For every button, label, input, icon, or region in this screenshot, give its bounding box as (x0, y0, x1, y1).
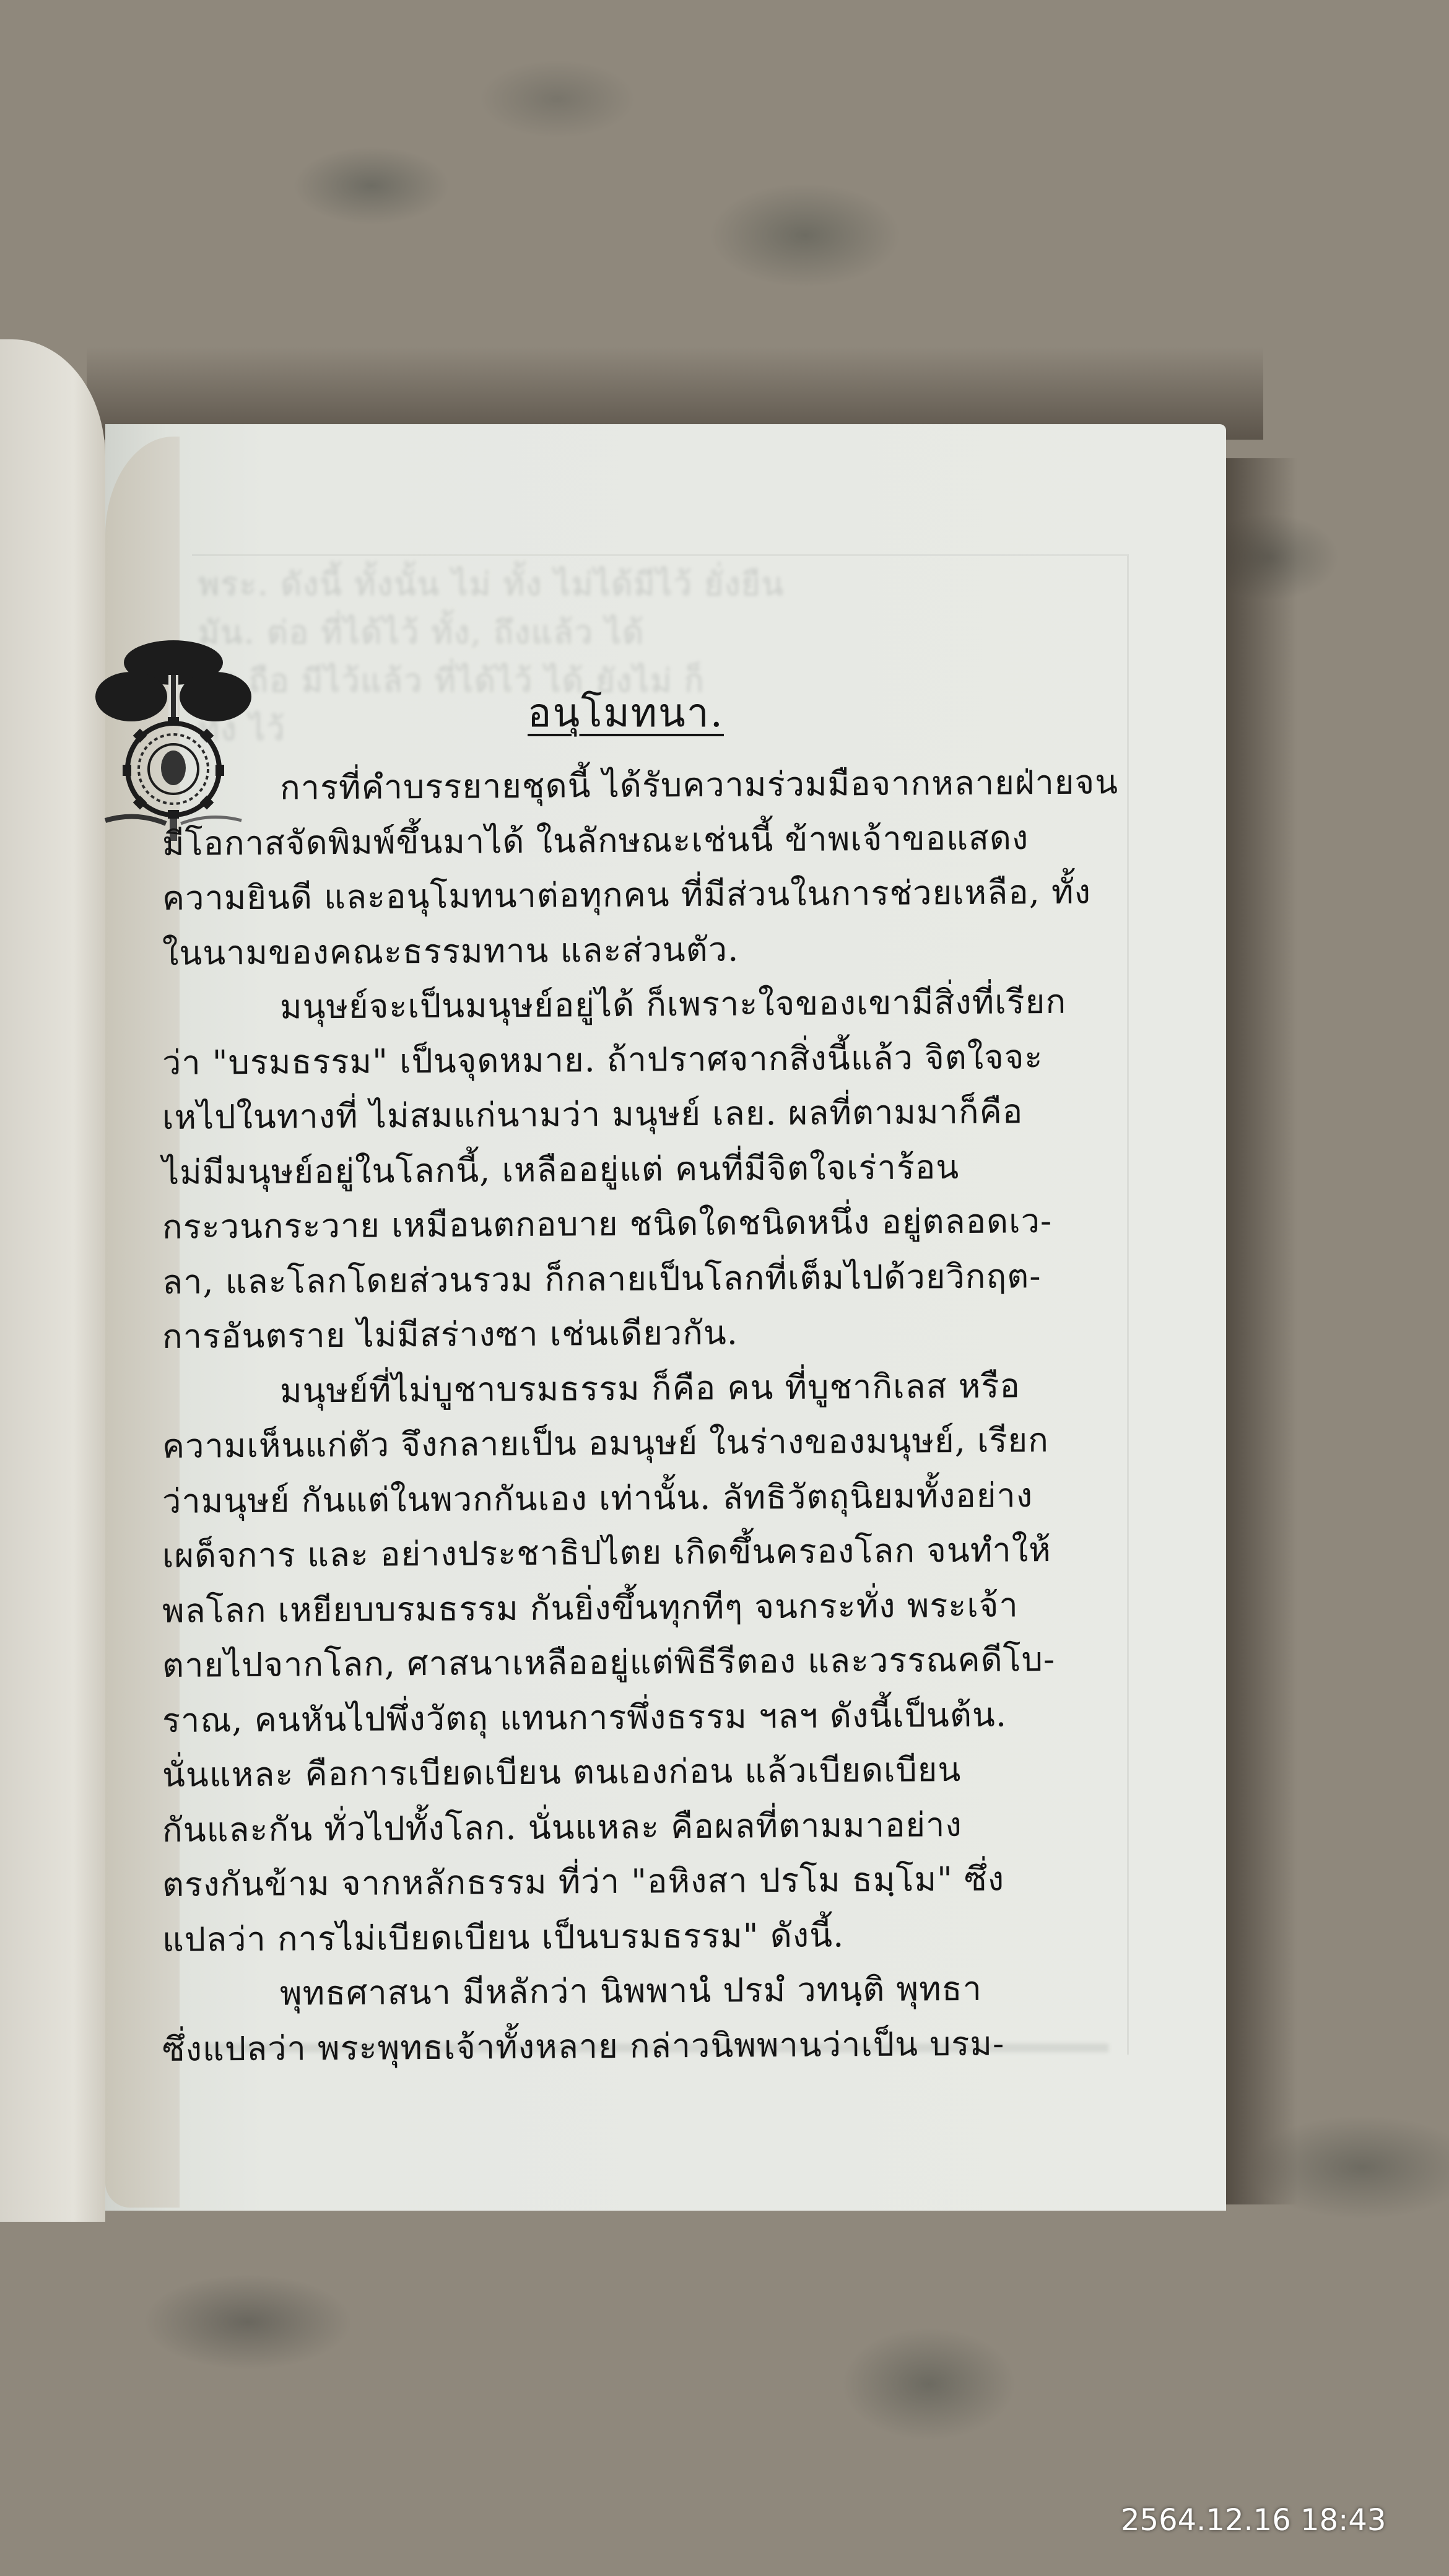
text-line: ซึ่งแปลว่า พระพุทธเจ้าทั้งหลาย กล่าวนิพพ… (162, 2015, 1166, 2077)
text-line: ตรงกันข้าม จากหลักธรรม ที่ว่า "อหิงสา ปร… (162, 1851, 1166, 1913)
text-line: เผด็จการ และ อย่างประชาธิปไตย เกิดขึ้นคร… (162, 1522, 1166, 1584)
text-line: มนุษย์ที่ไม่บูชาบรมธรรม ก็คือ คน ที่บูชา… (162, 1357, 1166, 1419)
text-line: ตายไปจากโลก, ศาสนาเหลืออยู่แต่พิธีรีตอง … (162, 1632, 1166, 1694)
photo-timestamp: 2564.12.16 18:43 (1121, 2503, 1386, 2538)
text-line: การที่คำบรรยายชุดนี้ ได้รับความร่วมมือจา… (162, 755, 1166, 817)
text-line: พลโลก เหยียบบรมธรรม กันยิ่งขึ้นทุกทีๆ จน… (162, 1577, 1166, 1638)
text-line: เหไปในทางที่ ไม่สมแก่นามว่า มนุษย์ เลย. … (162, 1084, 1166, 1146)
body-text: การที่คำบรรยายชุดนี้ ได้รับความร่วมมือจา… (162, 762, 1165, 2077)
text-line: แปลว่า การไม่เบียดเบียน เป็นบรมธรรม" ดัง… (162, 1905, 1166, 1967)
text-line: กระวนกระวาย เหมือนตกอบาย ชนิดใดชนิดหนึ่ง… (162, 1193, 1166, 1255)
text-line: ไม่มีมนุษย์อยู่ในโลกนี้, เหลืออยู่แต่ คน… (162, 1138, 1166, 1200)
text-line: มีโอกาสจัดพิมพ์ขึ้นมาได้ ในลักษณะเช่นนี้… (162, 809, 1166, 871)
text-line: ความยินดี และอนุโมทนาต่อทุกคน ที่มีส่วนใ… (162, 864, 1166, 926)
text-line: ลา, และโลกโดยส่วนรวม ก็กลายเป็นโลกที่เต็… (162, 1248, 1166, 1310)
book-shadow-right (1223, 458, 1297, 2204)
text-line: ว่า "บรมธรรม" เป็นจุดหมาย. ถ้าปราศจากสิ่… (162, 1029, 1166, 1090)
text-line: นั่นแหละ คือการเบียดเบียน ตนเองก่อน แล้ว… (162, 1741, 1166, 1803)
bleed-line: พระ. ดังนี้ ทั้งนั้น ไม่ ทั้ง ไม่ได้มีไว… (198, 560, 1115, 609)
text-line: ว่ามนุษย์ กันแต่ในพวกกันเอง เท่านั้น. ลั… (162, 1467, 1166, 1529)
text-line: มนุษย์จะเป็นมนุษย์อยู่ได้ ก็เพราะใจของเข… (162, 974, 1166, 1036)
text-line: ราณ, คนหันไปพึ่งวัตถุ แทนการพึ่งธรรม ฯลฯ… (162, 1686, 1166, 1748)
text-line: การอันตราย ไม่มีสร่างซา เช่นเดียวกัน. (162, 1303, 1166, 1365)
text-line: ในนามของคณะธรรมทาน และส่วนตัว. (162, 919, 1166, 981)
text-line: กันและกัน ทั่วไปทั้งโลก. นั่นแหละ คือผลท… (162, 1796, 1166, 1858)
text-line: พุทธศาสนา มีหลักว่า นิพพานํ ปรมํ วทนฺติ … (162, 1960, 1166, 2022)
bleed-line: มัน. ต่อ ที่ได้ไว้ ทั้ง, ถึงแล้ว ได้ (198, 609, 1115, 657)
left-page-edge (0, 339, 105, 2222)
page-title: อนุโมทนา. (528, 681, 724, 744)
text-line: ความเห็นแก่ตัว จึงกลายเป็น อมนุษย์ ในร่า… (162, 1412, 1166, 1474)
